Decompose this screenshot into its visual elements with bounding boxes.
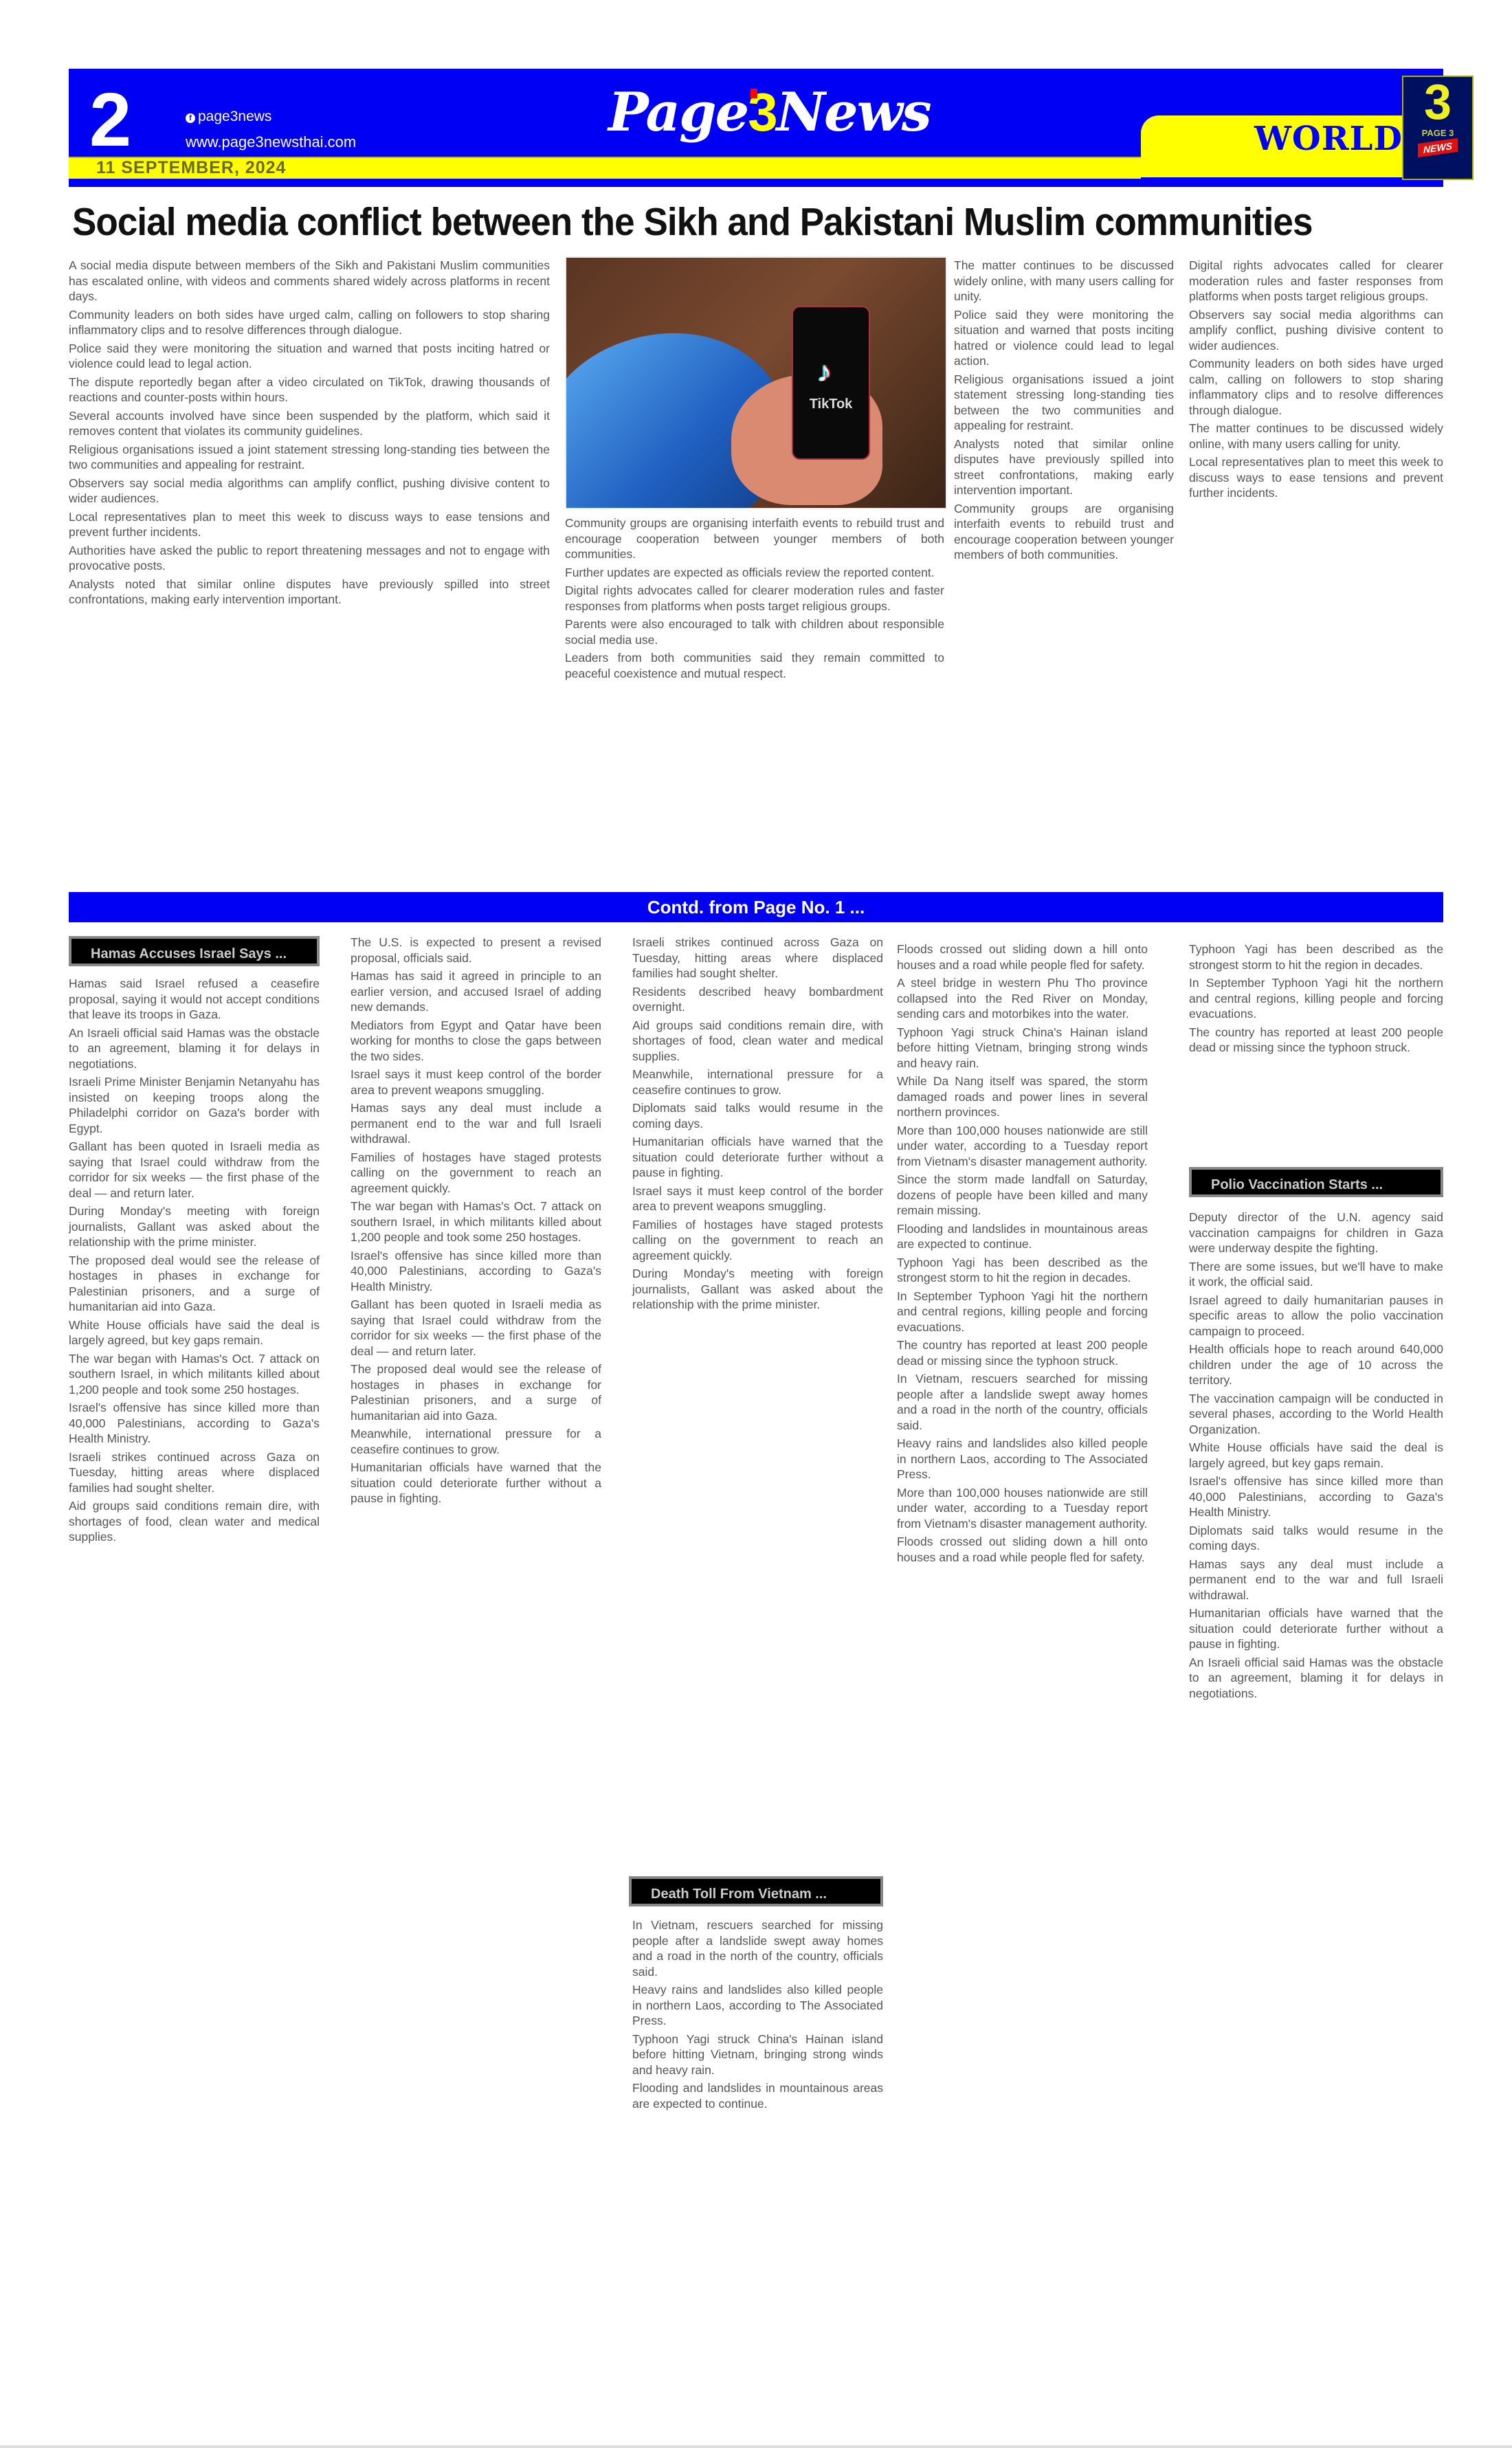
phone-app-label: TikTok <box>800 397 862 412</box>
paragraph: Deputy director of the U.N. agency said … <box>1189 1210 1443 1256</box>
paragraph: Local representatives plan to meet this … <box>69 509 550 540</box>
continued-column-4: Floods crossed out sliding down a hill o… <box>897 942 1148 1568</box>
paragraph: In Vietnam, rescuers searched for missin… <box>632 1917 883 1979</box>
paragraph: Religious organisations issued a joint s… <box>954 372 1174 434</box>
paragraph: Analysts noted that similar online dispu… <box>954 436 1174 498</box>
logo-number: 3 <box>748 82 776 142</box>
paragraph: More than 100,000 houses nationwide are … <box>897 1485 1148 1532</box>
paragraph: An Israeli official said Hamas was the o… <box>1189 1655 1443 1702</box>
issue-date: 11 SEPTEMBER, 2024 <box>96 158 286 178</box>
paragraph: Analysts noted that similar online dispu… <box>69 577 550 608</box>
paragraph: Humanitarian officials have warned that … <box>1189 1605 1443 1652</box>
paragraph: Typhoon Yagi has been described as the s… <box>1189 942 1443 972</box>
masthead: 2 fpage3news www.page3newsthai.com 11 SE… <box>69 69 1443 187</box>
paragraph: The matter continues to be discussed wid… <box>954 258 1174 304</box>
paragraph: An Israeli official said Hamas was the o… <box>69 1025 320 1072</box>
paragraph: Floods crossed out sliding down a hill o… <box>897 1534 1148 1565</box>
paragraph: Hamas has said it agreed in principle to… <box>351 968 601 1015</box>
paragraph: Typhoon Yagi has been described as the s… <box>897 1255 1148 1286</box>
paragraph: Aid groups said conditions remain dire, … <box>69 1498 320 1545</box>
paragraph: Parents were also encouraged to talk wit… <box>565 616 944 647</box>
paragraph: In September Typhoon Yagi hit the northe… <box>897 1289 1148 1335</box>
paragraph: A social media dispute between members o… <box>69 258 550 304</box>
page-bottom-rule <box>0 2445 1512 2448</box>
paragraph: Meanwhile, international pressure for a … <box>351 1426 601 1457</box>
paragraph: Several accounts involved have since bee… <box>69 408 550 439</box>
paragraph: Digital rights advocates called for clea… <box>565 583 944 614</box>
continued-column-3: Israeli strikes continued across Gaza on… <box>632 935 883 1315</box>
facebook-icon: f <box>186 113 195 123</box>
paragraph: Hamas says any deal must include a perma… <box>1189 1557 1443 1603</box>
continued-column-1: Hamas said Israel refused a ceasefire pr… <box>69 976 320 1548</box>
paragraph: White House officials have said the deal… <box>1189 1440 1443 1471</box>
paragraph: Diplomats said talks would resume in the… <box>632 1100 883 1131</box>
paragraph: Floods crossed out sliding down a hill o… <box>897 942 1148 972</box>
paragraph: Israel's offensive has since killed more… <box>351 1248 601 1295</box>
badge-ribbon: NEWS <box>1418 138 1458 157</box>
paragraph: During Monday's meeting with foreign jou… <box>69 1203 320 1250</box>
paragraph: Flooding and landslides in mountainous a… <box>897 1221 1148 1252</box>
paragraph: Gallant has been quoted in Israeli media… <box>351 1297 601 1359</box>
paragraph: Authorities have asked the public to rep… <box>69 543 550 574</box>
paragraph: More than 100,000 houses nationwide are … <box>897 1123 1148 1170</box>
paragraph: Gallant has been quoted in Israeli media… <box>69 1139 320 1201</box>
paragraph: The war began with Hamas's Oct. 7 attack… <box>351 1199 601 1245</box>
paragraph: Israel's offensive has since killed more… <box>1189 1473 1443 1520</box>
paragraph: Heavy rains and landslides also killed p… <box>632 1982 883 2029</box>
paragraph: The country has reported at least 200 pe… <box>897 1337 1148 1368</box>
newspaper-logo: Page3News <box>608 81 931 144</box>
paragraph: Humanitarian officials have warned that … <box>351 1460 601 1506</box>
lead-column-1: A social media dispute between members o… <box>69 258 550 610</box>
continued-column-2: The U.S. is expected to present a revise… <box>351 935 601 1509</box>
paragraph: Residents described heavy bombardment ov… <box>632 984 883 1015</box>
paragraph: Israel says it must keep control of the … <box>351 1067 601 1098</box>
continued-banner: Contd. from Page No. 1 ... <box>69 892 1443 922</box>
lead-headline: Social media conflict between the Sikh a… <box>72 199 1350 245</box>
paragraph: Mediators from Egypt and Qatar have been… <box>351 1018 601 1065</box>
paragraph: Humanitarian officials have warned that … <box>632 1134 883 1181</box>
paragraph: Aid groups said conditions remain dire, … <box>632 1018 883 1065</box>
paragraph: Community groups are organising interfai… <box>954 501 1174 563</box>
paragraph: Health officials hope to reach around 64… <box>1189 1342 1443 1388</box>
subhead-polio: Polio Vaccination Starts ... <box>1189 1167 1443 1197</box>
paragraph: The proposed deal would see the release … <box>351 1361 601 1423</box>
paragraph: Hamas said Israel refused a ceasefire pr… <box>69 976 320 1023</box>
paragraph: The U.S. is expected to present a revise… <box>351 935 601 966</box>
paragraph: Local representatives plan to meet this … <box>1189 454 1443 501</box>
website-link[interactable]: www.page3newsthai.com <box>186 133 356 151</box>
paragraph: Typhoon Yagi struck China's Hainan islan… <box>897 1025 1148 1071</box>
paragraph: Israeli strikes continued across Gaza on… <box>632 935 883 981</box>
paragraph: The proposed deal would see the release … <box>69 1253 320 1315</box>
lead-column-3: The matter continues to be discussed wid… <box>954 258 1174 566</box>
paragraph: White House officials have said the deal… <box>69 1317 320 1348</box>
paragraph: In Vietnam, rescuers searched for missin… <box>897 1371 1148 1433</box>
continued-column-5: Typhoon Yagi has been described as the s… <box>1189 942 1443 1058</box>
paragraph: Observers say social media algorithms ca… <box>69 476 550 507</box>
paragraph: Israel agreed to daily humanitarian paus… <box>1189 1293 1443 1339</box>
paragraph: Meanwhile, international pressure for a … <box>632 1067 883 1098</box>
paragraph: Community leaders on both sides have urg… <box>69 307 550 338</box>
lead-photo: ♪ TikTok <box>565 256 947 509</box>
lead-column-4: Digital rights advocates called for clea… <box>1189 258 1443 504</box>
paragraph: A steel bridge in western Phu Tho provin… <box>897 975 1148 1022</box>
logo-text-right: News <box>777 81 931 144</box>
subhead-vietnam: Death Toll From Vietnam ... <box>629 1876 883 1906</box>
paragraph: Further updates are expected as official… <box>565 565 944 581</box>
badge-label: PAGE 3 <box>1403 128 1472 138</box>
paragraph: In September Typhoon Yagi hit the northe… <box>1189 975 1443 1022</box>
paragraph: The dispute reportedly began after a vid… <box>69 375 550 405</box>
paragraph: The vaccination campaign will be conduct… <box>1189 1391 1443 1438</box>
paragraph: Families of hostages have staged protest… <box>351 1150 601 1197</box>
paragraph: The matter continues to be discussed wid… <box>1189 421 1443 452</box>
logo-text-left: Page <box>608 81 748 144</box>
paragraph: Diplomats said talks would resume in the… <box>1189 1523 1443 1554</box>
page-number: 2 <box>89 82 131 158</box>
section-label: WORLD <box>1254 120 1403 158</box>
paragraph: Israeli strikes continued across Gaza on… <box>69 1449 320 1496</box>
continued-column-3b: In Vietnam, rescuers searched for missin… <box>632 1917 883 2114</box>
paragraph: During Monday's meeting with foreign jou… <box>632 1266 883 1313</box>
paragraph: Flooding and landslides in mountainous a… <box>632 2080 883 2111</box>
paragraph: Leaders from both communities said they … <box>565 650 944 681</box>
paragraph: Religious organisations issued a joint s… <box>69 442 550 473</box>
facebook-link[interactable]: fpage3news <box>186 109 271 125</box>
paragraph: Since the storm made landfall on Saturda… <box>897 1172 1148 1219</box>
tiktok-icon: ♪ <box>817 355 832 388</box>
paragraph: The country has reported at least 200 pe… <box>1189 1025 1443 1056</box>
page3-badge-logo: 3 PAGE 3 NEWS <box>1402 76 1474 180</box>
badge-number: 3 <box>1403 77 1472 128</box>
paragraph: Israel says it must keep control of the … <box>632 1183 883 1214</box>
paragraph: Heavy rains and landslides also killed p… <box>897 1436 1148 1482</box>
paragraph: Hamas says any deal must include a perma… <box>351 1100 601 1147</box>
paragraph: The war began with Hamas's Oct. 7 attack… <box>69 1351 320 1398</box>
continued-column-5b: Deputy director of the U.N. agency said … <box>1189 1210 1443 1704</box>
paragraph: There are some issues, but we'll have to… <box>1189 1259 1443 1290</box>
paragraph: Israeli Prime Minister Benjamin Netanyah… <box>69 1074 320 1136</box>
facebook-handle: page3news <box>198 109 271 124</box>
paragraph: Typhoon Yagi struck China's Hainan islan… <box>632 2032 883 2078</box>
subhead-hamas: Hamas Accuses Israel Says ... <box>69 936 320 966</box>
paragraph: Community groups are organising interfai… <box>565 515 944 562</box>
paragraph: Police said they were monitoring the sit… <box>954 307 1174 369</box>
paragraph: Digital rights advocates called for clea… <box>1189 258 1443 304</box>
lead-column-2: Community groups are organising interfai… <box>565 515 944 684</box>
paragraph: Community leaders on both sides have urg… <box>1189 356 1443 418</box>
paragraph: While Da Nang itself was spared, the sto… <box>897 1073 1148 1120</box>
paragraph: Israel's offensive has since killed more… <box>69 1400 320 1447</box>
paragraph: Police said they were monitoring the sit… <box>69 341 550 372</box>
photo-phone: ♪ TikTok <box>792 306 870 460</box>
paragraph: Families of hostages have staged protest… <box>632 1217 883 1264</box>
paragraph: Observers say social media algorithms ca… <box>1189 307 1443 354</box>
